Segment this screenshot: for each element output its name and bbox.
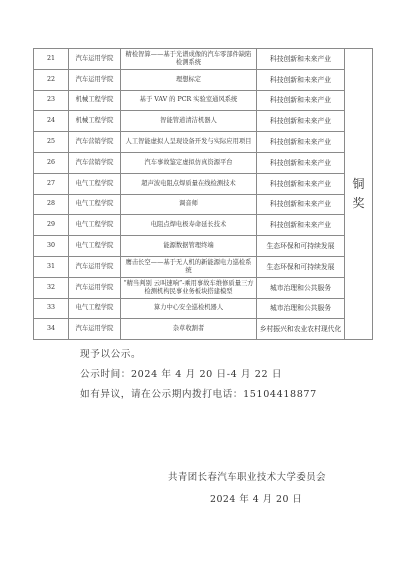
row-project: 智能管道清洁机器人 xyxy=(121,111,257,132)
table-row: 34 汽车运用学院 杂草收割者 乡村振兴和农业农村现代化 xyxy=(34,319,373,340)
row-number: 31 xyxy=(34,256,69,277)
notice-line-contact: 如有异议，请在公示期内拨打电话：15104418877 xyxy=(80,386,317,400)
row-college: 电气工程学院 xyxy=(69,236,121,257)
row-college: 电气工程学院 xyxy=(69,194,121,215)
row-project: 超声波电阻点焊质量在线检测技术 xyxy=(121,173,257,194)
row-number: 30 xyxy=(34,236,69,257)
row-project: 调音师 xyxy=(121,194,257,215)
row-category: 科技创新和未来产业 xyxy=(257,111,345,132)
row-college: 电气工程学院 xyxy=(69,173,121,194)
row-category: 科技创新和未来产业 xyxy=(257,69,345,90)
table-row: 27 电气工程学院 超声波电阻点焊质量在线检测技术 科技创新和未来产业 xyxy=(34,173,373,194)
row-category: 科技创新和未来产业 xyxy=(257,173,345,194)
row-project: 理想标定 xyxy=(121,69,257,90)
table-row: 24 机械工程学院 智能管道清洁机器人 科技创新和未来产业 xyxy=(34,111,373,132)
table-row: 22 汽车运用学院 理想标定 科技创新和未来产业 xyxy=(34,69,373,90)
row-number: 28 xyxy=(34,194,69,215)
row-college: 电气工程学院 xyxy=(69,215,121,236)
row-college: 机械工程学院 xyxy=(69,111,121,132)
row-number: 24 xyxy=(34,111,69,132)
row-college: 汽车运用学院 xyxy=(69,319,121,340)
table-row: 21 汽车运用学院 精检智算——基于光谱成像的汽车零部件缺陷检测系统 科技创新和… xyxy=(34,49,373,70)
signature-date: 2024 年 4 月 20 日 xyxy=(210,491,302,505)
row-college: 汽车营销学院 xyxy=(69,152,121,173)
row-project: 基于 VAV 的 PCR 实验室通风系统 xyxy=(121,90,257,111)
row-project: 电阻点焊电极寿命延长技术 xyxy=(121,215,257,236)
document-page: 21 汽车运用学院 精检智算——基于光谱成像的汽车零部件缺陷检测系统 科技创新和… xyxy=(0,0,400,565)
signature-organization: 共青团长春汽车职业技术大学委员会 xyxy=(168,469,326,483)
row-college: 汽车运用学院 xyxy=(69,49,121,70)
row-category: 科技创新和未来产业 xyxy=(257,152,345,173)
row-project: “精当判别 云叫速响”-乘用事故车维修质量三方检测机构民事业务板块搭建模型 xyxy=(121,277,257,298)
row-number: 26 xyxy=(34,152,69,173)
row-category: 科技创新和未来产业 xyxy=(257,194,345,215)
row-college: 电气工程学院 xyxy=(69,298,121,319)
award-cell: 铜 奖 xyxy=(345,49,373,340)
row-number: 27 xyxy=(34,173,69,194)
row-number: 23 xyxy=(34,90,69,111)
notice-line-period: 公示时间：2024 年 4 月 20 日-4 月 22 日 xyxy=(80,366,282,380)
row-project: 杂草收割者 xyxy=(121,319,257,340)
row-project: 汽车事故鉴定虚拟仿真资源平台 xyxy=(121,152,257,173)
row-number: 21 xyxy=(34,49,69,70)
award-char-1: 铜 xyxy=(347,175,370,194)
table-row: 28 电气工程学院 调音师 科技创新和未来产业 xyxy=(34,194,373,215)
table-row: 23 机械工程学院 基于 VAV 的 PCR 实验室通风系统 科技创新和未来产业 xyxy=(34,90,373,111)
notice-line-announce: 现予以公示。 xyxy=(80,346,141,360)
table-row: 26 汽车营销学院 汽车事故鉴定虚拟仿真资源平台 科技创新和未来产业 xyxy=(34,152,373,173)
row-category: 科技创新和未来产业 xyxy=(257,215,345,236)
row-number: 33 xyxy=(34,298,69,319)
row-college: 汽车营销学院 xyxy=(69,132,121,153)
table-row: 33 电气工程学院 算力中心安全巡检机器人 城市治理和公共服务 xyxy=(34,298,373,319)
row-number: 25 xyxy=(34,132,69,153)
row-project: 精检智算——基于光谱成像的汽车零部件缺陷检测系统 xyxy=(121,49,257,70)
row-number: 22 xyxy=(34,69,69,90)
table-row: 29 电气工程学院 电阻点焊电极寿命延长技术 科技创新和未来产业 xyxy=(34,215,373,236)
row-category: 乡村振兴和农业农村现代化 xyxy=(257,319,345,340)
row-project: 能源数据管理终端 xyxy=(121,236,257,257)
row-category: 生态环保和可持续发展 xyxy=(257,256,345,277)
table-row: 31 汽车运用学院 鹰击长空——基于无人机的新能源电力巡检系统 生态环保和可持续… xyxy=(34,256,373,277)
row-number: 32 xyxy=(34,277,69,298)
row-college: 汽车运用学院 xyxy=(69,69,121,90)
row-number: 34 xyxy=(34,319,69,340)
row-college: 机械工程学院 xyxy=(69,90,121,111)
row-category: 科技创新和未来产业 xyxy=(257,90,345,111)
results-table: 21 汽车运用学院 精检智算——基于光谱成像的汽车零部件缺陷检测系统 科技创新和… xyxy=(33,48,373,340)
row-category: 科技创新和未来产业 xyxy=(257,132,345,153)
row-college: 汽车运用学院 xyxy=(69,277,121,298)
award-char-2: 奖 xyxy=(347,194,370,213)
table-row: 25 汽车营销学院 人工智能虚拟人呈现设备开发与实际应用项目 科技创新和未来产业 xyxy=(34,132,373,153)
table-row: 32 汽车运用学院 “精当判别 云叫速响”-乘用事故车维修质量三方检测机构民事业… xyxy=(34,277,373,298)
row-project: 算力中心安全巡检机器人 xyxy=(121,298,257,319)
row-project: 人工智能虚拟人呈现设备开发与实际应用项目 xyxy=(121,132,257,153)
row-category: 科技创新和未来产业 xyxy=(257,49,345,70)
row-category: 城市治理和公共服务 xyxy=(257,298,345,319)
row-category: 城市治理和公共服务 xyxy=(257,277,345,298)
row-project: 鹰击长空——基于无人机的新能源电力巡检系统 xyxy=(121,256,257,277)
row-category: 生态环保和可持续发展 xyxy=(257,236,345,257)
row-number: 29 xyxy=(34,215,69,236)
row-college: 汽车运用学院 xyxy=(69,256,121,277)
table-row: 30 电气工程学院 能源数据管理终端 生态环保和可持续发展 xyxy=(34,236,373,257)
